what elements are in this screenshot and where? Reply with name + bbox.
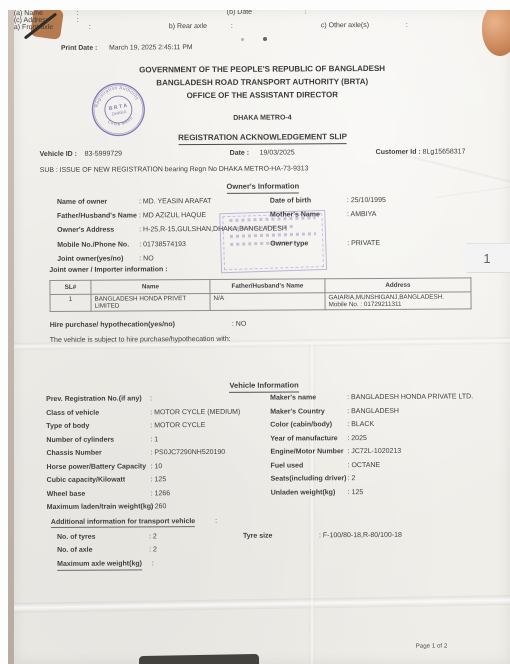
col-header-sl: SL# bbox=[50, 280, 91, 294]
owner-info-heading: Owner's Information bbox=[25, 180, 501, 194]
field-value: : 2 bbox=[149, 546, 243, 554]
field-label: c) Other axle(s) bbox=[321, 22, 406, 30]
field-label: Owner's Address bbox=[57, 226, 139, 234]
field-label: No. of tyres bbox=[57, 533, 149, 541]
form-row: Maximum laden/train weight(kg) : 260 bbox=[47, 501, 489, 511]
field-label: Hire purchase/ hypothecation(yes/no) bbox=[50, 321, 175, 329]
col-header-address: Address bbox=[325, 278, 471, 293]
field-value: : MOTOR CYCLE bbox=[150, 422, 270, 430]
field-value: : 1266 bbox=[151, 489, 271, 497]
form-row: Name of owner : MD. YEASIN ARAFAT Date o… bbox=[57, 196, 487, 206]
field-value: : MD. YEASIN ARAFAT bbox=[139, 198, 270, 206]
form-row: Prev. Registration No.(if any) : Maker's… bbox=[46, 393, 488, 403]
field-value: : 10 bbox=[151, 462, 271, 470]
field-value: : AMBIYA bbox=[347, 210, 487, 218]
field-label: Year of manufacture bbox=[270, 435, 347, 442]
form-row: No. of tyres : 2 Tyre size : F-100/80-18… bbox=[57, 532, 402, 541]
field-label: Cubic capacity/Kilowatt bbox=[47, 476, 151, 484]
field-label: Color (cabin/body) bbox=[270, 421, 347, 428]
field-label: Class of vehicle bbox=[46, 409, 150, 417]
field-label: Engine/Motor Number bbox=[270, 448, 347, 455]
form-row: Chassis Number : PS0JC7290NH520190 Engin… bbox=[46, 447, 488, 457]
field-label: Date of birth bbox=[270, 197, 347, 204]
field-label: Fuel used bbox=[271, 462, 348, 469]
registration-slip: Print Date : March 19, 2025 2:45:11 PM G… bbox=[14, 10, 510, 664]
vehicle-id-label: Vehicle ID : bbox=[40, 151, 77, 158]
customer-id-value: 8Lg15658317 bbox=[423, 148, 466, 155]
cell-sl: 1 bbox=[50, 294, 91, 311]
field-value: : 01738574193 bbox=[139, 241, 270, 249]
field-label: Joint owner(yes/no) bbox=[57, 255, 139, 263]
field-label: Number of cylinders bbox=[46, 436, 150, 444]
col-header-name: Name bbox=[91, 279, 210, 294]
hire-note: The vehicle is subject to hire purchase/… bbox=[50, 336, 231, 344]
field-value: : bbox=[231, 22, 321, 30]
field-value: : F-100/80-18,R-80/100-18 bbox=[319, 532, 402, 540]
field-value: : MD AZIZUL HAQUE bbox=[139, 212, 270, 220]
meta-row: Vehicle ID : 83-5999729 Date : 19/03/202… bbox=[40, 148, 510, 151]
scanned-paper: Print Date : March 19, 2025 2:45:11 PM G… bbox=[14, 10, 510, 664]
field-label: Additional information for transport veh… bbox=[51, 518, 195, 528]
brta-round-seal: Registration Authority Circle Metro B R … bbox=[86, 77, 151, 142]
vehicle-id-value: 83-5999729 bbox=[85, 151, 122, 158]
field-value: : 1 bbox=[150, 435, 270, 443]
form-row: Mobile No./Phone No. : 01738574193 Owner… bbox=[57, 239, 487, 249]
seal-ring-bottom-text: Circle Metro bbox=[106, 114, 135, 128]
field-label: b) Rear axle bbox=[169, 23, 231, 30]
joint-owner-info-label: Joint owner / Importer information : bbox=[49, 266, 167, 274]
field-value: : bbox=[152, 560, 154, 567]
gov-header-line1: GOVERNMENT OF THE PEOPLE'S REPUBLIC OF B… bbox=[24, 63, 500, 75]
hire-purchase-row: Hire purchase/ hypothecation(yes/no) : N… bbox=[50, 321, 247, 329]
form-row: Horse power/Battery Capacity : 10 Fuel u… bbox=[47, 461, 489, 471]
table-row: 1 BANGLADESH HONDA PRIVET LIMITED N/A GA… bbox=[50, 292, 471, 312]
field-label: Tyre size bbox=[243, 532, 319, 539]
vehicle-info-heading: Vehicle Information bbox=[26, 379, 502, 393]
field-label: Chassis Number bbox=[46, 449, 150, 457]
field-value: : bbox=[150, 395, 270, 403]
form-row: Class of vehicle : MOTOR CYCLE (MEDIUM) … bbox=[46, 407, 488, 417]
form-row: Wheel base : 1266 Unladen weight(kg) : 1… bbox=[47, 488, 489, 498]
field-value: : NO bbox=[232, 321, 246, 328]
field-value: : BLACK bbox=[347, 420, 488, 428]
field-value: : bbox=[89, 23, 169, 30]
document-photo: Print Date : March 19, 2025 2:45:11 PM G… bbox=[8, 10, 510, 664]
date-label: Date : bbox=[230, 150, 249, 157]
subject-line: SUB : ISSUE OF NEW REGISTRATION bearing … bbox=[40, 165, 309, 174]
page-number: 1 bbox=[483, 251, 490, 266]
field-label: Father/Husband's Name bbox=[57, 212, 139, 220]
print-date-row: Print Date : March 19, 2025 2:45:11 PM bbox=[61, 44, 193, 52]
field-value: : bbox=[77, 17, 79, 24]
field-value: : 2025 bbox=[347, 434, 488, 442]
joint-owner-table: SL# Name Father/Husband's Name Address 1… bbox=[49, 277, 471, 312]
field-value: : 2 bbox=[149, 533, 243, 541]
form-row: Type of body : MOTOR CYCLE Color (cabin/… bbox=[46, 420, 488, 430]
field-value: : JC72L-1020213 bbox=[347, 447, 488, 455]
page-indicator-tab[interactable]: 1 bbox=[458, 243, 510, 273]
col-header-father: Father/Husband's Name bbox=[210, 279, 325, 294]
field-value: : 25/10/1995 bbox=[347, 196, 487, 204]
field-label: a) Front axle bbox=[14, 24, 89, 31]
form-row: Owner's Address : H-25,R-15,GULSHAN,DHAK… bbox=[57, 224, 487, 234]
axle-row: a) Front axle : b) Rear axle : c) Other … bbox=[14, 22, 446, 32]
field-label: Unladen weight(kg) bbox=[271, 489, 348, 496]
field-label: Maker's name bbox=[270, 394, 347, 401]
field-label: Wheel base bbox=[47, 490, 151, 498]
cell-father: N/A bbox=[210, 293, 325, 311]
field-value: : bbox=[215, 518, 217, 525]
field-value: : 2 bbox=[348, 474, 489, 482]
form-row: No. of axle : 2 bbox=[57, 546, 243, 554]
field-value: : OCTANE bbox=[348, 461, 489, 469]
field-label: Owner type bbox=[270, 240, 347, 247]
field-label: Type of body bbox=[46, 422, 150, 430]
page-footer: Page 1 of 2 bbox=[416, 643, 448, 650]
field-value: : NO bbox=[139, 255, 270, 263]
document-viewer: Print Date : March 19, 2025 2:45:11 PM G… bbox=[0, 0, 510, 664]
svg-text:Circle Metro: Circle Metro bbox=[106, 114, 135, 128]
field-value: : PS0JC7290NH520190 bbox=[150, 449, 270, 457]
field-label: (b) Date bbox=[227, 10, 305, 16]
form-row: Cubic capacity/Kilowatt : 125 Seats(incl… bbox=[47, 474, 489, 484]
print-date-label: Print Date : bbox=[61, 45, 97, 52]
field-label: Mother's Name bbox=[270, 211, 347, 218]
print-date-value: March 19, 2025 2:45:11 PM bbox=[109, 44, 192, 52]
field-label: Name of owner bbox=[57, 198, 139, 206]
field-value: : BANGLADESH bbox=[347, 407, 488, 415]
field-value: : BANGLADESH HONDA PRIVATE LTD. bbox=[347, 393, 488, 401]
field-value: : 125 bbox=[348, 488, 489, 496]
field-label: Maximum axle weight(kg) bbox=[57, 560, 142, 570]
form-row: Joint owner(yes/no) : NO bbox=[57, 253, 487, 263]
field-label: Seats(including driver) bbox=[271, 475, 348, 482]
field-label: Maker's Country bbox=[270, 408, 347, 415]
cell-address: GAIARIA,MUNSHIGANJ,BANGLADESH. Mobile No… bbox=[325, 292, 471, 310]
form-row: Father/Husband's Name : MD AZIZUL HAQUE … bbox=[57, 210, 487, 220]
field-value: : bbox=[305, 10, 307, 15]
additional-info-row: Additional information for transport veh… bbox=[51, 518, 217, 526]
field-value: : 260 bbox=[151, 503, 271, 511]
date-value: 19/03/2025 bbox=[260, 149, 295, 156]
cell-name: BANGLADESH HONDA PRIVET LIMITED bbox=[91, 293, 210, 311]
max-axle-weight-row: Maximum axle weight(kg) : bbox=[57, 560, 154, 568]
field-label: Mobile No./Phone No. bbox=[57, 241, 139, 249]
field-label: No. of axle bbox=[57, 546, 149, 554]
field-value: : MOTOR CYCLE (MEDIUM) bbox=[150, 408, 270, 416]
field-value: : H-25,R-15,GULSHAN,DHAKA,BANGLADESH bbox=[139, 226, 270, 234]
field-value: : 125 bbox=[151, 476, 271, 484]
field-value: : bbox=[77, 10, 227, 17]
stamp-illegible-text bbox=[230, 232, 316, 238]
field-label: Maximum laden/train weight(kg) bbox=[47, 503, 151, 511]
field-value: : bbox=[406, 22, 408, 29]
form-row: Number of cylinders : 1 Year of manufact… bbox=[46, 434, 488, 444]
field-label: Prev. Registration No.(if any) bbox=[46, 395, 150, 403]
field-label: Horse power/Battery Capacity bbox=[47, 463, 151, 471]
customer-id-label: Customer Id : bbox=[376, 149, 421, 156]
